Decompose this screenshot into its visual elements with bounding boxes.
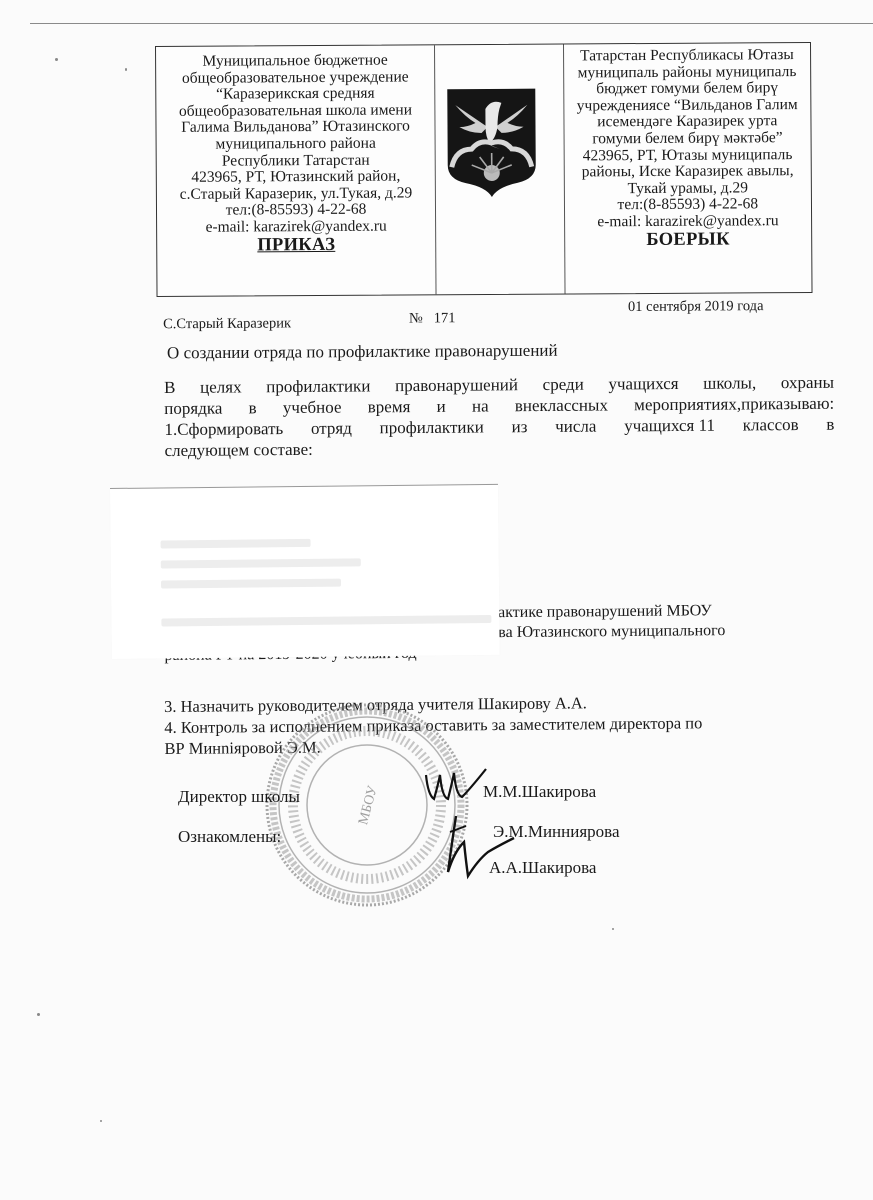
word: целях [200, 376, 242, 397]
scan-speck [37, 1013, 40, 1016]
scan-speck [55, 58, 58, 61]
word: школы, [703, 372, 756, 393]
word: мероприятиях,приказываю: [634, 393, 834, 416]
scan-speck [125, 68, 127, 71]
redacted-line [161, 558, 361, 568]
number-sign: № [409, 310, 423, 326]
preamble: В целях профилактики правонарушений сред… [164, 372, 835, 461]
acquainted-signature-icon [438, 812, 518, 882]
svg-text:МБОУ: МБОУ [356, 784, 381, 826]
scan-speck [612, 928, 614, 930]
word: учащихся 11 [624, 415, 715, 437]
word: среди [543, 374, 584, 395]
letterhead-table: Муниципальное бюджетное общеобразователь… [155, 42, 813, 297]
coat-of-arms-icon [445, 87, 538, 200]
word: на [472, 395, 489, 416]
letterhead-russian: Муниципальное бюджетное общеобразователь… [156, 45, 437, 296]
preamble-line-4: следующем составе: [164, 435, 834, 461]
letterhead-line: районы, Иске Каразирек авылы, [564, 163, 810, 181]
scan-edge-line [30, 23, 873, 24]
word: в [249, 397, 257, 418]
word: время [368, 396, 411, 417]
word: охраны [781, 372, 834, 393]
order-number: № 171 [409, 310, 456, 327]
director-signature-icon [420, 765, 490, 815]
word: числа [555, 416, 596, 437]
word: правонарушений [395, 374, 518, 396]
word: В [164, 377, 176, 398]
redacted-line [161, 579, 341, 589]
letterhead-tatar: Татарстан Республикасы Ютазы муниципаль … [564, 43, 812, 293]
word: классов [743, 414, 799, 435]
word: и [437, 396, 446, 417]
doc-kind-prikaz: ПРИКАЗ [157, 236, 435, 254]
letterhead-line: e-mail: karazirek@yandex.ru [565, 213, 811, 231]
word: порядка [164, 398, 222, 419]
word: профилактики [380, 416, 484, 438]
doc-kind-boeryk: БОЕРЫК [565, 231, 811, 249]
word: 1.Сформировать [164, 418, 283, 440]
director-name: М.М.Шакирова [483, 782, 596, 802]
word: внеклассных [515, 395, 608, 417]
redacted-line [161, 615, 491, 626]
letterhead-line: e-mail: karazirek@yandex.ru [157, 218, 435, 236]
word: из [511, 416, 527, 437]
number-value: 171 [434, 310, 456, 326]
word: в [826, 414, 834, 435]
order-place: С.Старый Каразерик [163, 315, 291, 333]
scan-speck [100, 1120, 102, 1122]
redacted-line [161, 539, 311, 549]
word: профилактики [266, 375, 370, 397]
order-title: О создании отряда по профилактике правон… [167, 341, 558, 364]
word: учащихся [608, 373, 678, 395]
order-date: 01 сентября 2019 года [628, 298, 764, 316]
word: учебное [283, 397, 342, 418]
redaction-patch [110, 484, 500, 659]
letterhead-emblem-cell [435, 45, 565, 295]
item-2-line-2-right: ва Ютазинского муниципального [498, 621, 725, 643]
word: отряд [311, 418, 352, 439]
acquainted-label: Ознакомлены: [178, 827, 281, 847]
order-meta: С.Старый Каразерик № 171 01 сентября 201… [163, 298, 813, 333]
letterhead-line: муниципального района [157, 135, 435, 153]
director-label: Директор школы [178, 787, 300, 807]
